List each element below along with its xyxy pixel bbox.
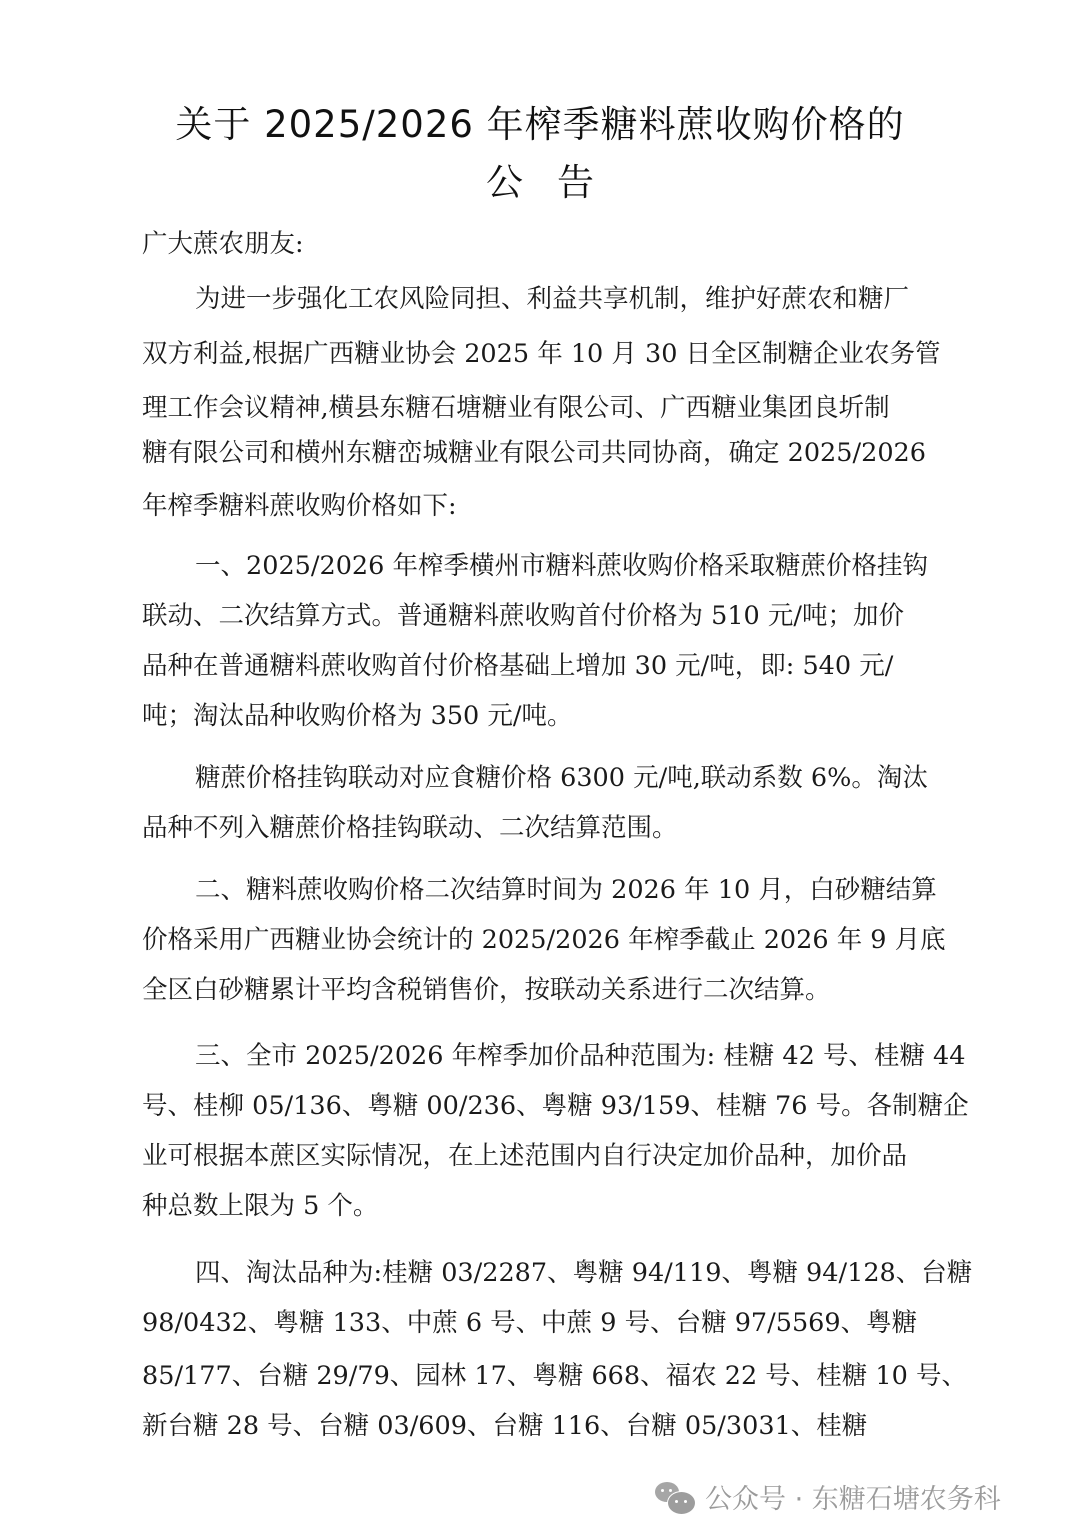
linkage-line: 糖蔗价格挂钩联动对应食糖价格 6300 元/吨,联动系数 6%。淘汰 — [195, 762, 928, 794]
salutation: 广大蔗农朋友: — [142, 228, 304, 260]
paragraph-line: 糖有限公司和横州东糖峦城糖业有限公司共同协商，确定 2025/2026 — [142, 437, 926, 469]
section-4-line: 85/177、台糖 29/79、园林 17、粤糖 668、福农 22 号、桂糖 … — [142, 1360, 967, 1392]
section-3-line: 号、桂柳 05/136、粤糖 00/236、粤糖 93/159、桂糖 76 号。… — [142, 1090, 969, 1122]
section-1-line: 吨；淘汰品种收购价格为 350 元/吨。 — [142, 700, 572, 732]
section-3-line: 业可根据本蔗区实际情况，在上述范围内自行决定加价品种，加价品 — [142, 1140, 907, 1172]
section-4-line: 98/0432、粤糖 133、中蔗 6 号、中蔗 9 号、台糖 97/5569、… — [142, 1307, 917, 1339]
section-2-line: 价格采用广西糖业协会统计的 2025/2026 年榨季截止 2026 年 9 月… — [142, 924, 946, 956]
watermark-text: 公众号 · 东糖石塘农务科 — [705, 1477, 1001, 1516]
section-4-line: 四、淘汰品种为:桂糖 03/2287、粤糖 94/119、粤糖 94/128、台… — [195, 1257, 972, 1289]
paragraph-line: 年榨季糖料蔗收购价格如下: — [142, 490, 457, 522]
document-title-line1: 关于 2025/2026 年榨季糖料蔗收购价格的 — [0, 94, 1080, 148]
section-3-line: 种总数上限为 5 个。 — [142, 1190, 378, 1222]
section-4-line: 新台糖 28 号、台糖 03/609、台糖 116、台糖 05/3031、桂糖 — [142, 1410, 867, 1442]
section-1-line: 联动、二次结算方式。普通糖料蔗收购首付价格为 510 元/吨；加价 — [142, 600, 904, 632]
linkage-line: 品种不列入糖蔗价格挂钩联动、二次结算范围。 — [142, 812, 678, 844]
watermark: 公众号 · 东糖石塘农务科 — [655, 1477, 1001, 1516]
section-2-line: 全区白砂糖累计平均含税销售价，按联动关系进行二次结算。 — [142, 974, 831, 1006]
section-3-line: 三、全市 2025/2026 年榨季加价品种范围为: 桂糖 42 号、桂糖 44 — [195, 1040, 966, 1072]
document-title-line2: 公告 — [0, 152, 1080, 206]
wechat-icon — [655, 1480, 695, 1514]
section-1-line: 品种在普通糖料蔗收购首付价格基础上增加 30 元/吨，即: 540 元/ — [142, 650, 893, 682]
paragraph-line: 为进一步强化工农风险同担、利益共享机制，维护好蔗农和糖厂 — [195, 283, 909, 315]
section-2-line: 二、糖料蔗收购价格二次结算时间为 2026 年 10 月，白砂糖结算 — [195, 874, 937, 906]
document-page: 关于 2025/2026 年榨季糖料蔗收购价格的 公告 广大蔗农朋友: 为进一步… — [0, 0, 1080, 1540]
paragraph-line: 理工作会议精神,横县东糖石塘糖业有限公司、广西糖业集团良圻制 — [142, 392, 890, 424]
section-1-line: 一、2025/2026 年榨季横州市糖料蔗收购价格采取糖蔗价格挂钩 — [195, 550, 928, 582]
paragraph-line: 双方利益,根据广西糖业协会 2025 年 10 月 30 日全区制糖企业农务管 — [142, 338, 941, 370]
